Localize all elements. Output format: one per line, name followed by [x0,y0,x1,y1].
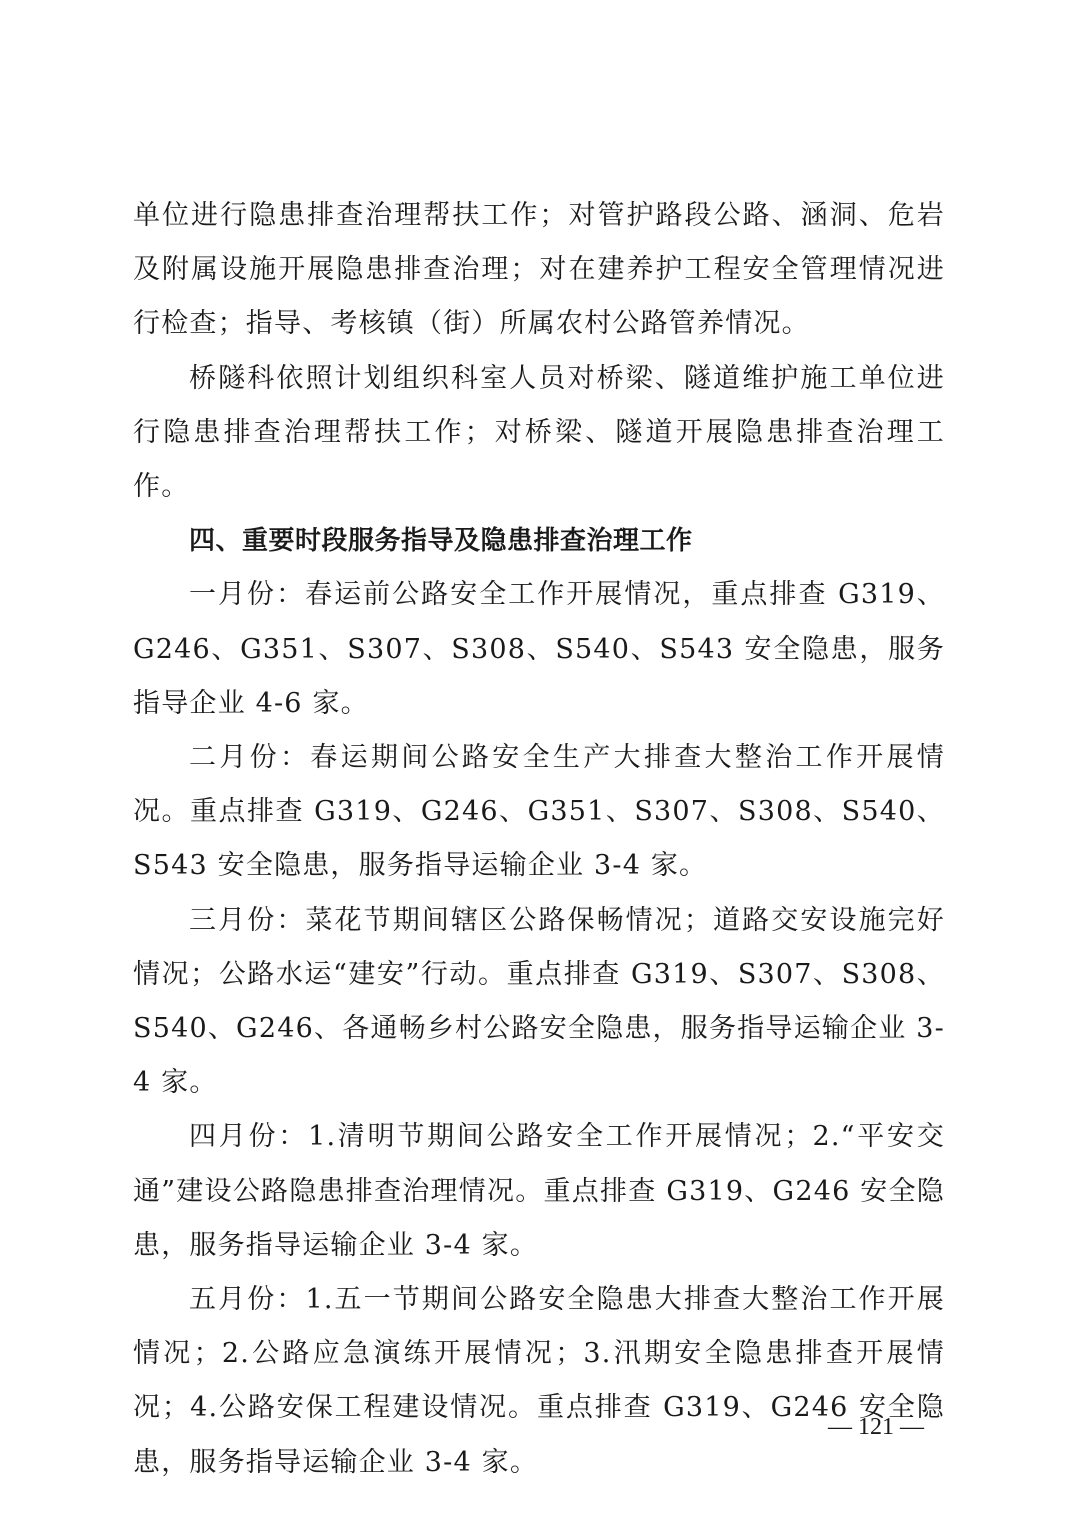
paragraph-may: 五月份：1.五一节期间公路安全隐患大排查大整治工作开展情况；2.公路应急演练开展… [133,1273,945,1490]
paragraph-bridge-tunnel-section: 桥隧科依照计划组织科室人员对桥梁、隧道维护施工单位进行隐患排查治理帮扶工作；对桥… [133,352,945,515]
paragraph-march: 三月份：菜花节期间辖区公路保畅情况；道路交安设施完好情况；公路水运“建安”行动。… [133,894,945,1111]
paragraph-continuation: 单位进行隐患排查治理帮扶工作；对管护路段公路、涵洞、危岩及附属设施开展隐患排查治… [133,189,945,352]
paragraph-january: 一月份：春运前公路安全工作开展情况，重点排查 G319、G246、G351、S3… [133,568,945,731]
paragraph-april: 四月份：1.清明节期间公路安全工作开展情况；2.“平安交通”建设公路隐患排查治理… [133,1110,945,1273]
page-number: — 121 — [828,1414,924,1441]
page-body: 单位进行隐患排查治理帮扶工作；对管护路段公路、涵洞、危岩及附属设施开展隐患排查治… [133,189,945,1490]
section-heading: 四、重要时段服务指导及隐患排查治理工作 [133,514,945,568]
paragraph-february: 二月份：春运期间公路安全生产大排查大整治工作开展情况。重点排查 G319、G24… [133,731,945,894]
